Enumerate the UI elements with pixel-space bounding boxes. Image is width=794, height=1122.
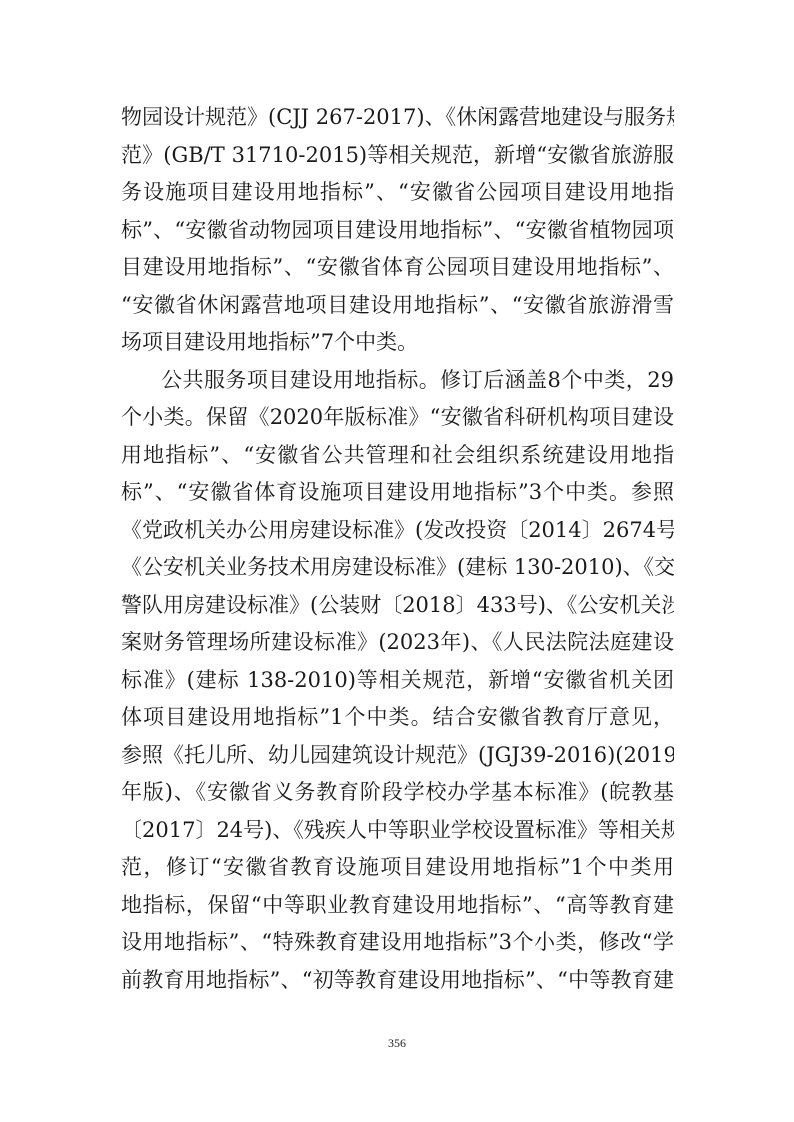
text-line: 前教育用地指标”、“初等教育建设用地指标”、“中等教育建 (121, 962, 674, 1000)
text-line: 标”、“安徽省体育设施项目建设用地指标”3个中类。参照 (121, 474, 674, 512)
text-line: 个小类。保留《2020年版标准》“安徽省科研机构项目建设 (121, 399, 674, 437)
text-line: 案财务管理场所建设标准》(2023年)、《人民法院法庭建设 (121, 624, 674, 662)
text-line: 范》(GB/T 31710-2015)等相关规范，新增“安徽省旅游服 (121, 137, 674, 175)
text-line: 体项目建设用地指标”1个中类。结合安徽省教育厅意见， (121, 699, 674, 737)
paragraph-first-line: 公共服务项目建设用地指标。修订后涵盖8个中类，29 (121, 362, 674, 400)
text-line: 《公安机关业务技术用房建设标准》(建标 130-2010)、《交 (121, 549, 674, 587)
text-line: 设用地指标”、“特殊教育建设用地指标”3个小类，修改“学 (121, 924, 674, 962)
text-line: 地指标，保留“中等职业教育建设用地指标”、“高等教育建 (121, 887, 674, 925)
text-line: 警队用房建设标准》(公装财〔2018〕433号)、《公安机关涉 (121, 587, 674, 625)
text-line: 标”、“安徽省动物园项目建设用地指标”、“安徽省植物园项 (121, 212, 674, 250)
text-line: 《党政机关办公用房建设标准》(发改投资〔2014〕2674号)、 (121, 512, 674, 550)
text-line: 场项目建设用地指标”7个中类。 (121, 324, 674, 362)
text-line: 参照《托儿所、幼儿园建筑设计规范》(JGJ39-2016)(2019 (121, 737, 674, 775)
page-number: 356 (0, 1036, 794, 1051)
text-line: 目建设用地指标”、“安徽省体育公园项目建设用地指标”、 (121, 249, 674, 287)
text-line: 〔2017〕24号)、《残疾人中等职业学校设置标准》等相关规 (121, 812, 674, 850)
text-line: 标准》(建标 138-2010)等相关规范，新增“安徽省机关团 (121, 662, 674, 700)
text-line: 务设施项目建设用地指标”、“安徽省公园项目建设用地指 (121, 174, 674, 212)
text-line: 用地指标”、“安徽省公共管理和社会组织系统建设用地指 (121, 437, 674, 475)
body-text: 物园设计规范》(CJJ 267-2017)、《休闲露营地建设与服务规 范》(GB… (121, 99, 674, 999)
text-line: “安徽省休闲露营地项目建设用地指标”、“安徽省旅游滑雪 (121, 287, 674, 325)
text-line: 物园设计规范》(CJJ 267-2017)、《休闲露营地建设与服务规 (121, 99, 674, 137)
document-page: 物园设计规范》(CJJ 267-2017)、《休闲露营地建设与服务规 范》(GB… (0, 0, 794, 1122)
text-line: 年版)、《安徽省义务教育阶段学校办学基本标准》(皖教基 (121, 774, 674, 812)
text-line: 范，修订“安徽省教育设施项目建设用地指标”1个中类用 (121, 849, 674, 887)
